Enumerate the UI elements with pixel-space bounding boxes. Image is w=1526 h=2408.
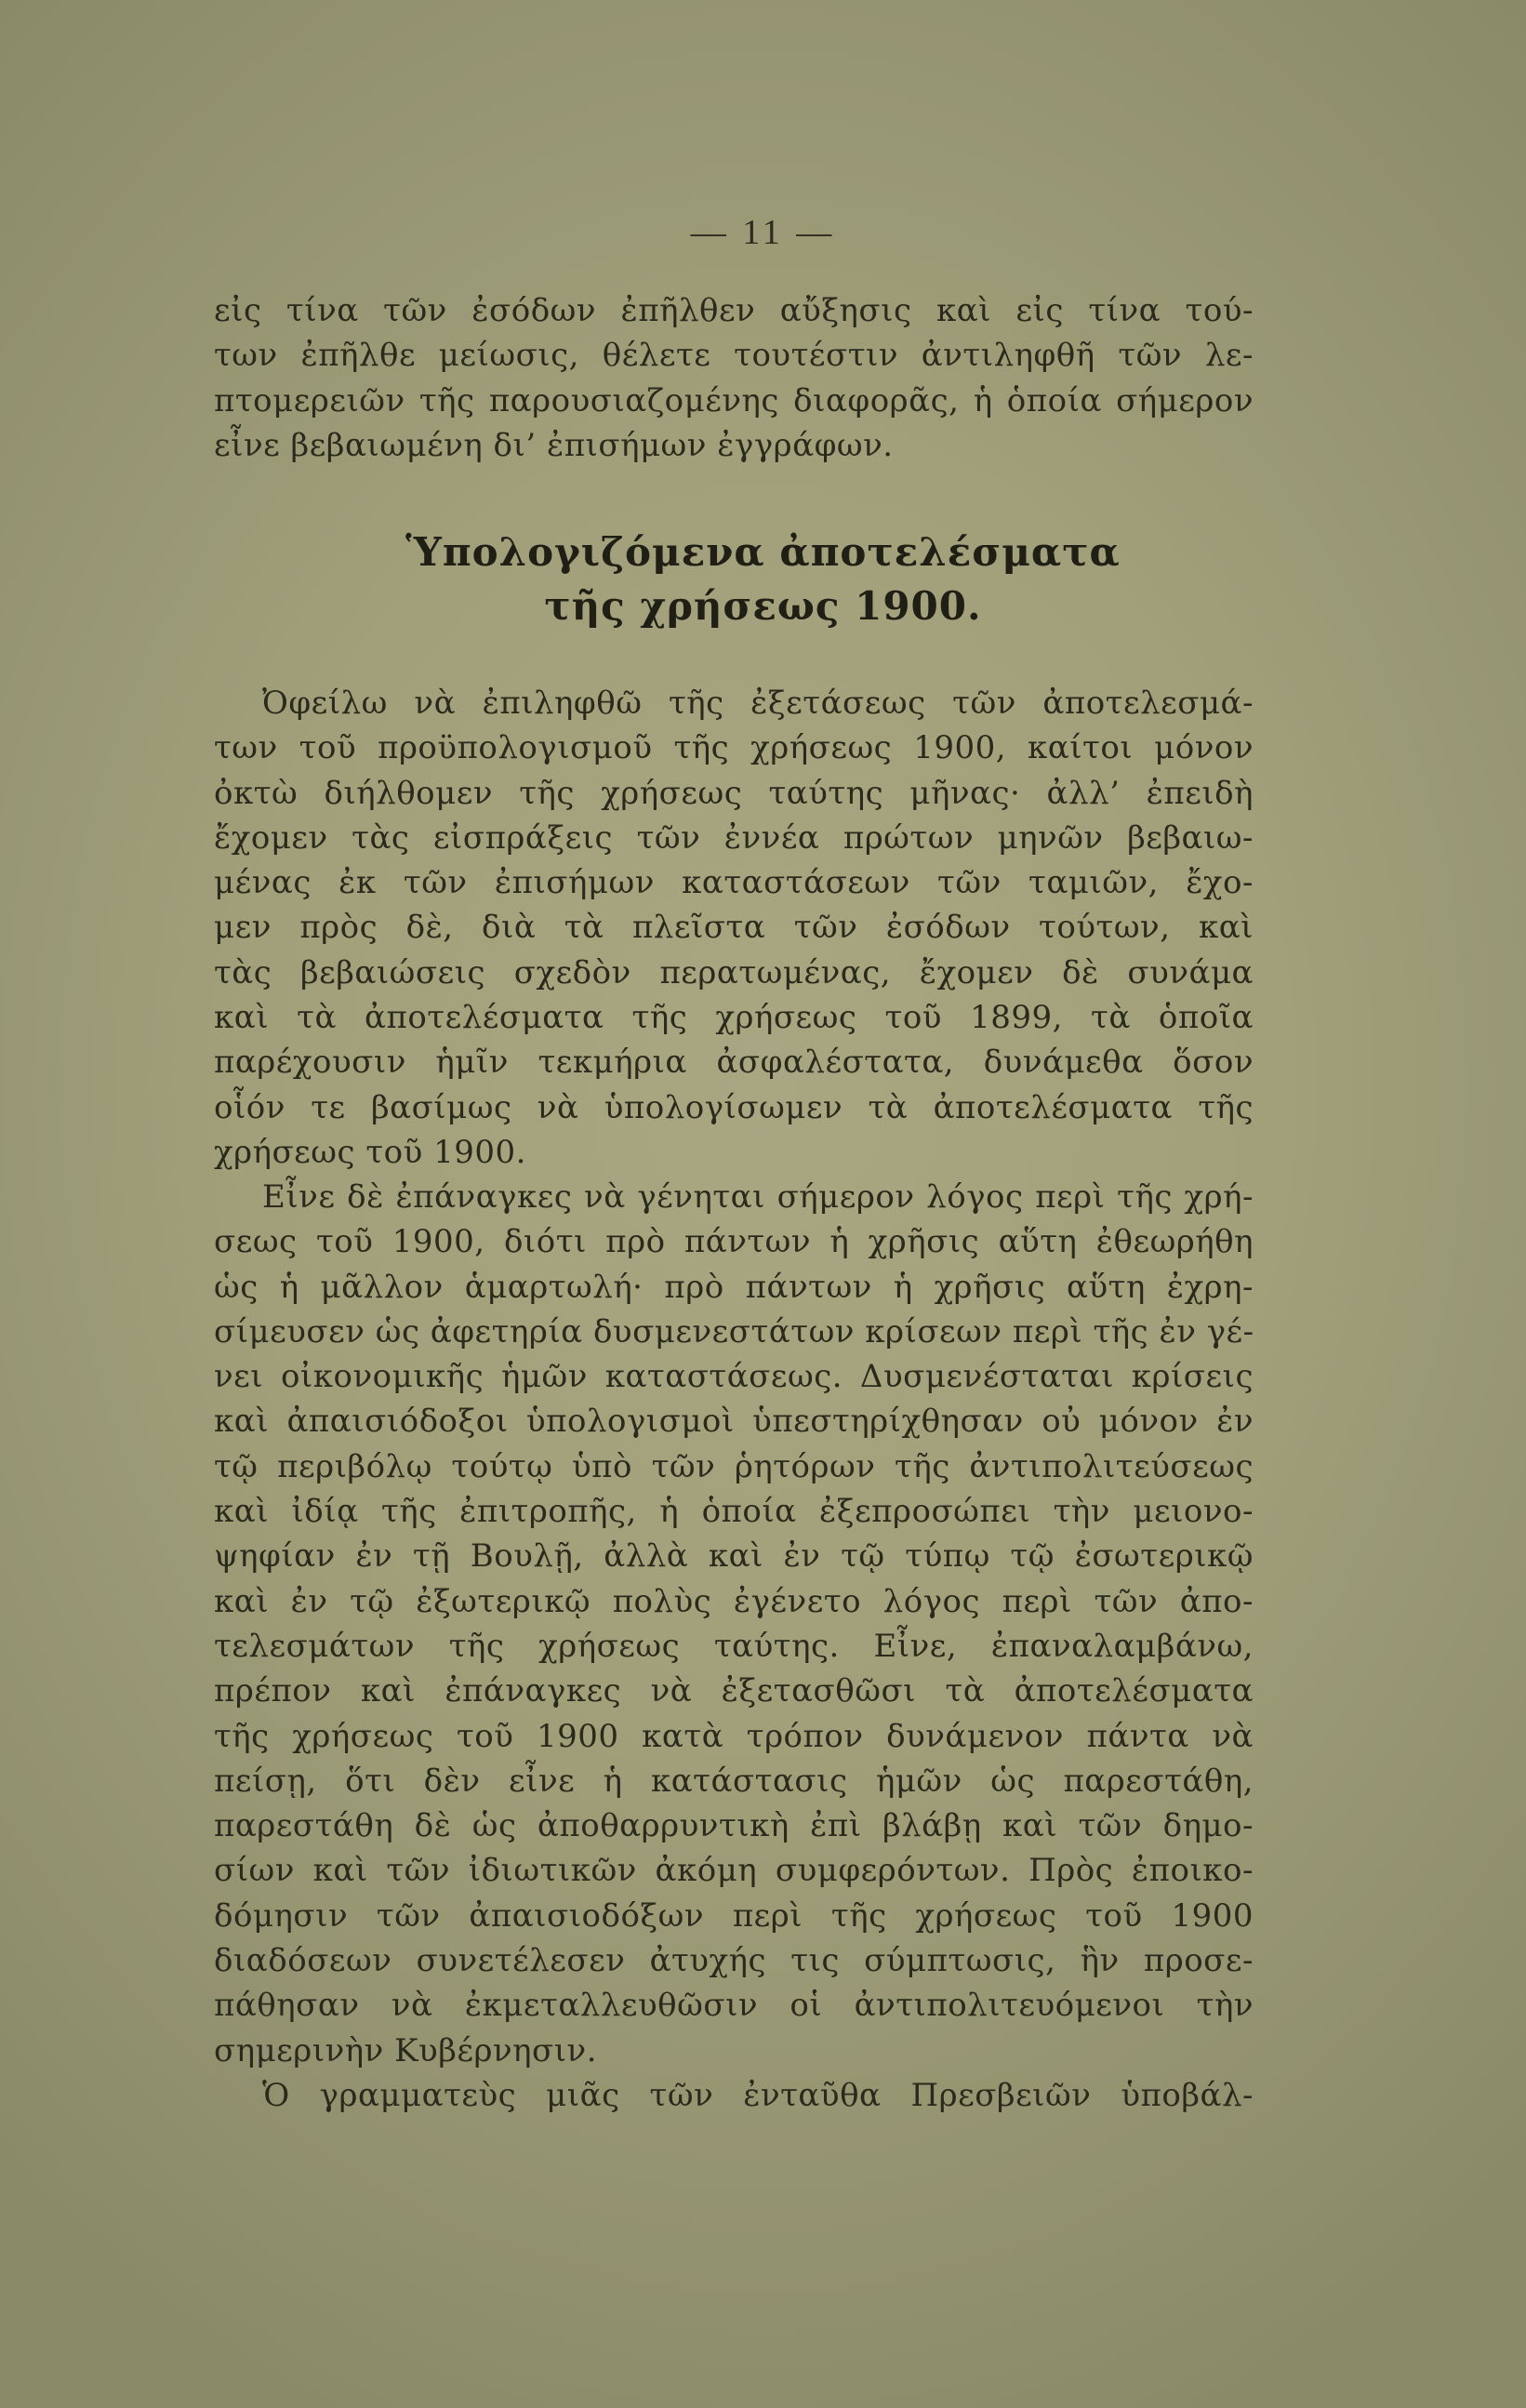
paragraph-2: Εἶνε δὲ ἐπάναγκες νὰ γένηται σήμερον λόγ… — [214, 1175, 1254, 2073]
document-page: — 11 — εἰς τίνα τῶν ἐσόδων ἐπῆλθεν αὔξησ… — [0, 0, 1526, 2408]
text-line: σημερινὴν Κυβέρνησιν. — [214, 2029, 1254, 2073]
text-line: οἷόν τε βασίμως νὰ ὑπολογίσωμεν τὰ ἀποτε… — [214, 1085, 1254, 1130]
text-line: πάθησαν νὰ ἐκμεταλλευθῶσιν οἱ ἀντιπολιτε… — [214, 1983, 1254, 2028]
text-line: καὶ ἀπαισιόδοξοι ὑπολογισμοὶ ὑπεστηρίχθη… — [214, 1399, 1254, 1443]
text-line: εἶνε βεβαιωμένη δι’ ἐπισήμων ἐγγράφων. — [214, 423, 1254, 468]
text-line: μεν πρὸς δὲ, διὰ τὰ πλεῖστα τῶν ἐσόδων τ… — [214, 905, 1254, 950]
heading-line: τῆς χρήσεως 1900. — [0, 579, 1526, 633]
text-line: τελεσμάτων τῆς χρήσεως ταύτης. Εἶνε, ἐπα… — [214, 1624, 1254, 1669]
text-line: ἔχομεν τὰς εἰσπράξεις τῶν ἐννέα πρώτων μ… — [214, 816, 1254, 860]
text-line: χρήσεως τοῦ 1900. — [214, 1130, 1254, 1175]
text-line: πείσῃ, ὅτι δὲν εἶνε ἡ κατάστασις ἡμῶν ὡς… — [214, 1759, 1254, 1803]
section-heading: Ὑπολογιζόμενα ἀποτελέσματα τῆς χρήσεως 1… — [0, 526, 1526, 633]
text-line: των τοῦ προϋπολογισμοῦ τῆς χρήσεως 1900,… — [214, 725, 1254, 770]
text-line: διαδόσεων συνετέλεσεν ἀτυχής τις σύμπτωσ… — [214, 1938, 1254, 1983]
text-line: καὶ τὰ ἀποτελέσματα τῆς χρήσεως τοῦ 1899… — [214, 995, 1254, 1040]
text-line: νει οἰκονομικῆς ἡμῶν καταστάσεως. Δυσμεν… — [214, 1354, 1254, 1399]
text-line: σεως τοῦ 1900, διότι πρὸ πάντων ἡ χρῆσις… — [214, 1219, 1254, 1264]
text-line: παρεστάθη δὲ ὡς ἀποθαρρυντικὴ ἐπὶ βλάβῃ … — [214, 1803, 1254, 1848]
text-line: παρέχουσιν ἡμῖν τεκμήρια ἀσφαλέστατα, δυ… — [214, 1040, 1254, 1084]
text-line: σίων καὶ τῶν ἰδιωτικῶν ἀκόμη συμφερόντων… — [214, 1848, 1254, 1893]
intro-paragraph: εἰς τίνα τῶν ἐσόδων ἐπῆλθεν αὔξησις καὶ … — [214, 288, 1254, 468]
text-line: τὰς βεβαιώσεις σχεδὸν περατωμένας, ἔχομε… — [214, 951, 1254, 995]
page-number: — 11 — — [0, 212, 1526, 253]
text-line: πρέπον καὶ ἐπάναγκες νὰ ἐξετασθῶσι τὰ ἀπ… — [214, 1669, 1254, 1713]
paragraph-3: Ὁ γραμματεὺς μιᾶς τῶν ἐνταῦθα Πρεσβειῶν … — [214, 2073, 1254, 2118]
text-line: μένας ἐκ τῶν ἐπισήμων καταστάσεων τῶν τα… — [214, 860, 1254, 905]
text-line: ὡς ἡ μᾶλλον ἁμαρτωλή· πρὸ πάντων ἡ χρῆσι… — [214, 1265, 1254, 1310]
text-line: τῷ περιβόλῳ τούτῳ ὑπὸ τῶν ῥητόρων τῆς ἀν… — [214, 1444, 1254, 1489]
text-line: τῆς χρήσεως τοῦ 1900 κατὰ τρόπον δυνάμεν… — [214, 1714, 1254, 1759]
text-line: πτομερειῶν τῆς παρουσιαζομένης διαφορᾶς,… — [214, 379, 1254, 423]
text-line: δόμησιν τῶν ἀπαισιοδόξων περὶ τῆς χρήσεω… — [214, 1894, 1254, 1938]
text-line: σίμευσεν ὡς ἀφετηρία δυσμενεστάτων κρίσε… — [214, 1310, 1254, 1354]
text-line: Ὁ γραμματεὺς μιᾶς τῶν ἐνταῦθα Πρεσβειῶν … — [214, 2073, 1254, 2118]
heading-line: Ὑπολογιζόμενα ἀποτελέσματα — [0, 526, 1526, 579]
text-line: Εἶνε δὲ ἐπάναγκες νὰ γένηται σήμερον λόγ… — [214, 1175, 1254, 1219]
text-line: καὶ ἐν τῷ ἐξωτερικῷ πολὺς ἐγένετο λόγος … — [214, 1579, 1254, 1624]
text-line: ὀκτὼ διήλθομεν τῆς χρήσεως ταύτης μῆνας·… — [214, 771, 1254, 816]
paragraph-1: Ὀφείλω νὰ ἐπιληφθῶ τῆς ἐξετάσεως τῶν ἀπο… — [214, 681, 1254, 1175]
text-line: ψηφίαν ἐν τῇ Βουλῇ, ἀλλὰ καὶ ἐν τῷ τύπῳ … — [214, 1534, 1254, 1578]
text-line: εἰς τίνα τῶν ἐσόδων ἐπῆλθεν αὔξησις καὶ … — [214, 288, 1254, 333]
text-line: Ὀφείλω νὰ ἐπιληφθῶ τῆς ἐξετάσεως τῶν ἀπο… — [214, 681, 1254, 725]
text-line: των ἐπῆλθε μείωσις, θέλετε τουτέστιν ἀντ… — [214, 333, 1254, 378]
text-line: καὶ ἰδίᾳ τῆς ἐπιτροπῆς, ἡ ὁποία ἐξεπροσώ… — [214, 1489, 1254, 1534]
